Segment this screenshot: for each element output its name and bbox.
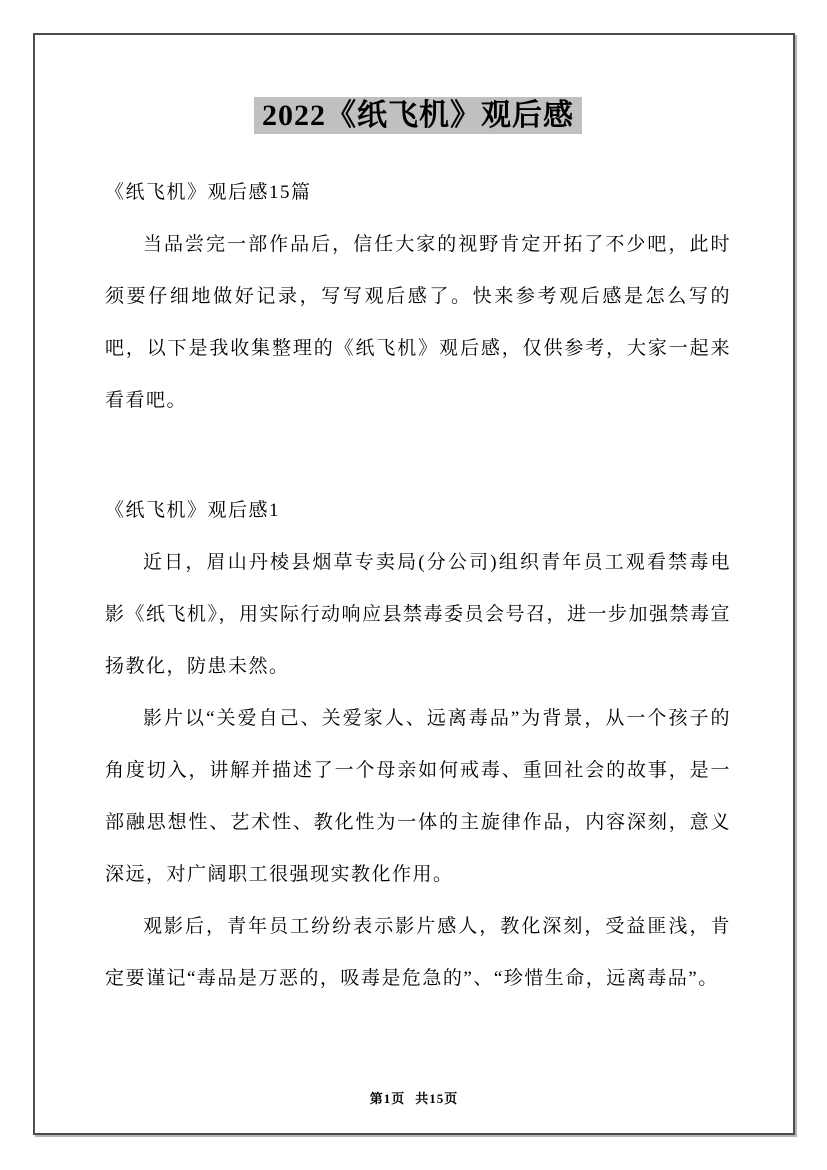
section-1-heading: 《纸飞机》观后感1 [105, 485, 731, 537]
section-1-paragraph-3: 观影后，青年员工纷纷表示影片感人，教化深刻，受益匪浅，肯定要谨记“毒品是万恶的，… [105, 901, 731, 1005]
document-title: 2022《纸飞机》观后感 [105, 97, 731, 135]
section-1-paragraph-2: 影片以“关爱自己、关爱家人、远离毒品”为背景，从一个孩子的角度切入，讲解并描述了… [105, 693, 731, 901]
footer-total-pages: 共15页 [415, 1091, 458, 1106]
document-page: 2022《纸飞机》观后感 《纸飞机》观后感15篇 当品尝完一部作品后，信任大家的… [33, 33, 795, 1135]
footer-current-page: 第1页 [370, 1091, 406, 1106]
intro-paragraph: 当品尝完一部作品后，信任大家的视野肯定开拓了不少吧，此时须要仔细地做好记录，写写… [105, 219, 731, 427]
section-1-paragraph-1: 近日，眉山丹棱县烟草专卖局(分公司)组织青年员工观看禁毒电影《纸飞机》，用实际行… [105, 537, 731, 693]
document-subtitle: 《纸飞机》观后感15篇 [105, 167, 731, 219]
document-content: 2022《纸飞机》观后感 《纸飞机》观后感15篇 当品尝完一部作品后，信任大家的… [35, 35, 793, 1005]
page-footer: 第1页共15页 [35, 1088, 793, 1107]
document-title-text: 2022《纸飞机》观后感 [254, 97, 582, 134]
